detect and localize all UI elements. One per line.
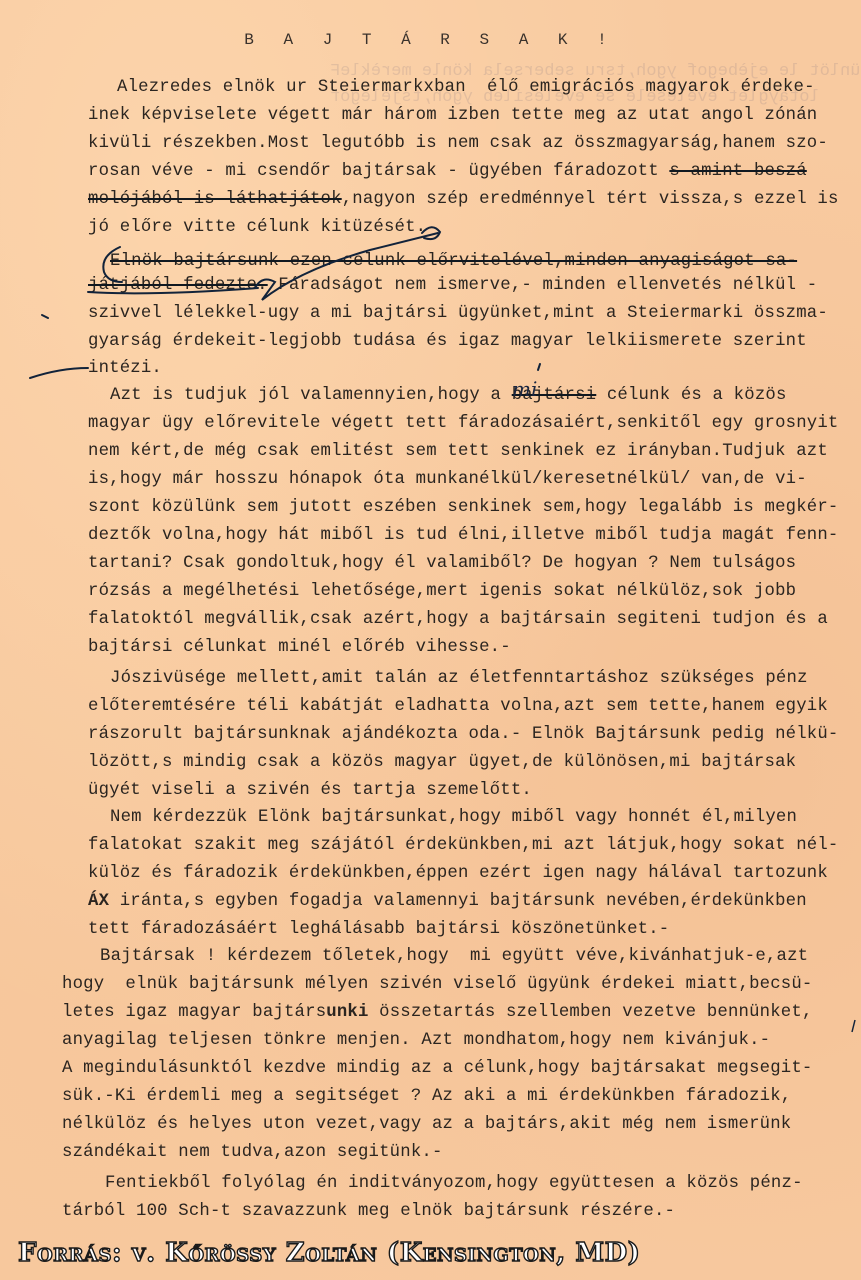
text-segment: rosan véve - mi csendőr bajtársak - ügyé… [88, 162, 669, 181]
text-line: szont közülünk sem jutott eszében senkin… [88, 498, 839, 518]
text-segment: Azt is tudjuk jól valamennyien,hogy a [110, 386, 512, 405]
text-line: hogy elnük bajtársunk mélyen szivén vise… [62, 975, 813, 995]
text-segment: ,nagyon szép eredménnyel tért vissza,s e… [342, 190, 839, 209]
text-line: ügyét viseli a szivén és tartja szemelőt… [88, 781, 532, 801]
text-line: falatokat szakit meg szájától érdekünkbe… [88, 836, 839, 856]
text-line: jó előre vitte célunk kitüzését. [88, 218, 426, 238]
struck-text: Elnök bajtársunk ezen célunk előrvitelév… [110, 252, 797, 272]
text-line: szándékait nem tudva,azon segitünk.- [62, 1143, 443, 1163]
text-line: Bajtársak ! kérdezem tőletek,hogy mi egy… [100, 947, 808, 967]
text-line: tartani? Csak gondoltuk,hogy él valamibő… [88, 554, 796, 574]
typewritten-letter: ynèrese nese künlöt le ejèbegof ygoh,tsr… [0, 0, 861, 1280]
source-credit: Forrás: v. Kőrössy Zoltán (Kensington, M… [18, 1238, 640, 1268]
text-line: rosan véve - mi csendőr bajtársak - ügyé… [88, 162, 807, 182]
text-segment: összetartás szellemben vezetve bennünket… [369, 1003, 813, 1022]
text-line: kivüli részekben.Most legutóbb is nem cs… [88, 134, 828, 154]
struck-text: molójából is láthatjátok [88, 190, 342, 209]
text-segment: iránta,s egyben fogadja valamennyi bajtá… [109, 892, 807, 911]
text-line: intézi. [88, 359, 162, 379]
text-line: magyar ügy előrevitele végett tett fárad… [88, 414, 839, 434]
overtyped-text: unki [326, 1003, 368, 1022]
text-line: Nem kérdezzük Elönk bajtársunkat,hogy mi… [110, 808, 797, 828]
text-line: rózsás a megélhetési lehetősége,mert ige… [88, 582, 796, 602]
text-line: Fentiekből folyólag én inditványozom,hog… [105, 1174, 803, 1194]
struck-text: bajtársi [512, 386, 597, 405]
text-line: Jószivüsége mellett,amit talán az életfe… [110, 669, 808, 689]
text-line: külöz és fáradozik érdekünkben,éppen ezé… [88, 864, 828, 884]
struck-text: játjából fedezte. [88, 276, 268, 295]
text-line: ÁX iránta,s egyben fogadja valamennyi ba… [88, 892, 807, 912]
text-line: tárból 100 Sch-t szavazzunk meg elnök ba… [62, 1202, 675, 1222]
text-line: A megindulásunktól kezdve mindig az a cé… [62, 1059, 813, 1079]
text-line: játjából fedezte. Fáradságot nem ismerve… [88, 276, 817, 296]
text-line: molójából is láthatjátok,nagyon szép ere… [88, 190, 839, 210]
text-line: rászorult bajtársunknak ajándékozta oda.… [88, 725, 839, 745]
overtyped-text: ÁX [88, 892, 109, 911]
text-line: Azt is tudjuk jól valamennyien,hogy a ba… [110, 386, 787, 406]
text-line: deztők volna,hogy hát miből is tud élni,… [88, 526, 839, 546]
text-line: tett fáradozásáért leghálásabb bajtársi … [88, 920, 669, 940]
text-line: is,hogy már hosszu hónapok óta munkanélk… [88, 470, 807, 490]
margin-mark-icon [30, 368, 88, 378]
text-line: szivvel lélekkel-ugy a mi bajtársi ügyün… [88, 304, 828, 324]
text-line: bajtársi célunkat minél előréb vihesse.- [88, 638, 511, 658]
text-line: letes igaz magyar bajtársunki összetartá… [62, 1003, 813, 1023]
text-line: nélkülöz és helyes uton vezet,vagy az a … [62, 1115, 791, 1135]
text-line: előteremtésére téli kabátját eladhatta v… [88, 697, 828, 717]
text-line: Alezredes elnök ur Steiermarkxban élő em… [117, 78, 815, 98]
text-segment: letes igaz magyar bajtárs [62, 1003, 326, 1022]
document-title: B A J T Á R S A K ! [0, 31, 861, 49]
text-line: falatoktól megvállik,csak azért,hogy a b… [88, 610, 828, 630]
text-line: gyarság érdekeit-legjobb tudása és igaz … [88, 332, 807, 352]
text-line: nem kért,de még csak emlitést sem tett s… [88, 442, 828, 462]
text-line: inek képviselete végett már három izben … [88, 106, 817, 126]
text-line: anyagilag teljesen tönkre menjen. Azt mo… [62, 1031, 770, 1051]
text-segment: célunk és a közös [596, 386, 786, 405]
struck-text: s amint beszá [669, 162, 806, 181]
text-line: lözött,s mindig csak a közös magyar ügye… [88, 753, 796, 773]
text-line: sük.-Ki érdemli meg a segitséget ? Az ak… [62, 1087, 791, 1107]
text-segment: Fáradságot nem ismerve,- minden ellenvet… [268, 276, 818, 295]
